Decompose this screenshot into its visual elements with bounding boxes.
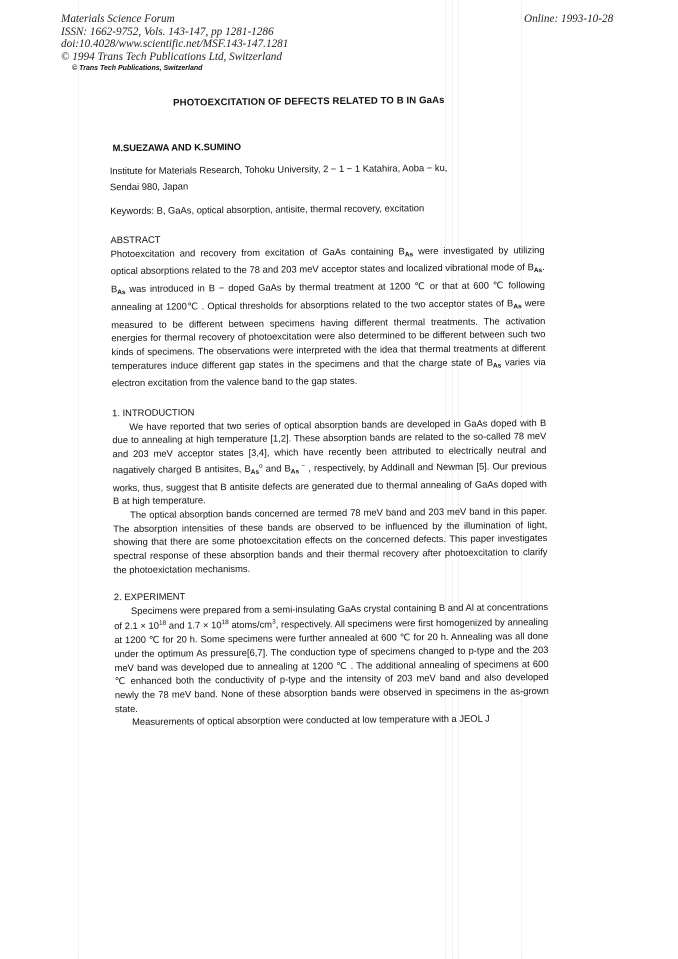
experiment-paragraph-2: Measurements of optical absorption were … (115, 711, 549, 729)
experiment-section: 2. EXPERIMENT Specimens were prepared fr… (114, 586, 549, 729)
abstract-text: Photoexcitation and recovery from excita… (111, 243, 546, 390)
abstract-section: ABSTRACT Photoexcitation and recovery fr… (110, 229, 545, 390)
introduction-section: 1. INTRODUCTION We have reported that tw… (112, 402, 548, 577)
paper-title: PHOTOEXCITATION OF DEFECTS RELATED TO B … (173, 95, 444, 109)
affiliation: Institute for Materials Research, Tohoku… (110, 159, 530, 195)
introduction-paragraph-1: We have reported that two series of opti… (112, 416, 547, 508)
experiment-paragraph-1: Specimens were prepared from a semi-insu… (114, 600, 549, 716)
paper-authors: M.SUEZAWA AND K.SUMINO (113, 141, 242, 153)
affiliation-line-2: Sendai 980, Japan (110, 175, 530, 195)
introduction-paragraph-2: The optical absorption bands concerned a… (113, 504, 548, 577)
keywords: Keywords: B, GaAs, optical absorption, a… (110, 202, 424, 216)
scanned-page: PHOTOEXCITATION OF DEFECTS RELATED TO B … (0, 0, 678, 959)
